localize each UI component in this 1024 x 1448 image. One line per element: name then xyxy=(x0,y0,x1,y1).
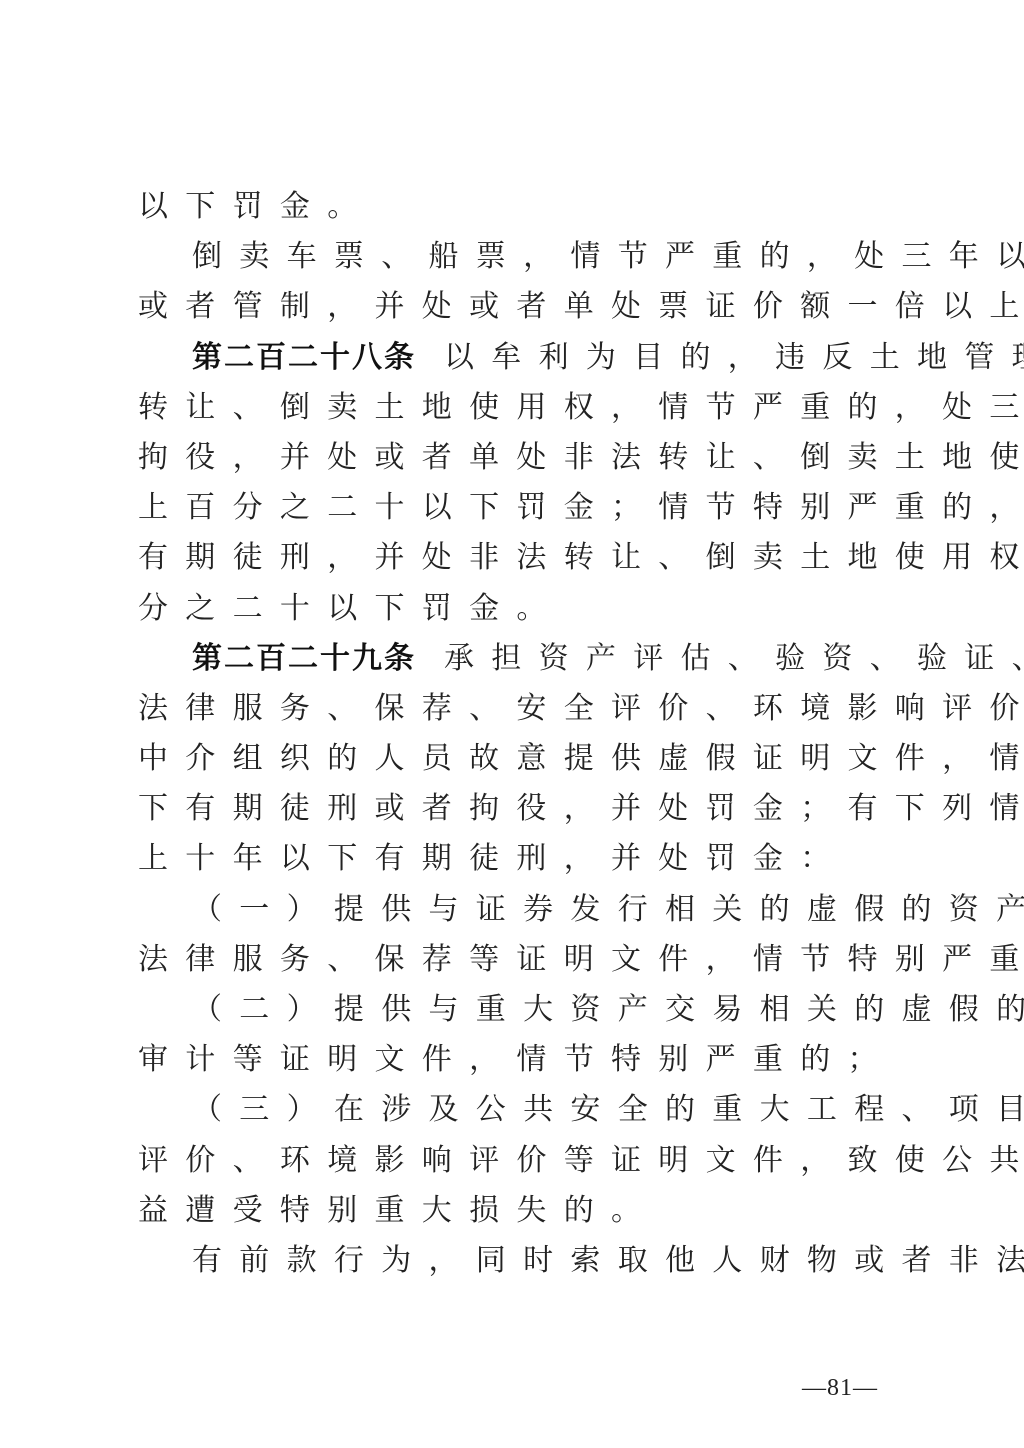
text-line: 上十年以下有期徒刑，并处罚金： xyxy=(138,834,896,884)
text-line: 有前款行为，同时索取他人财物或者非法收受他人财物构成 xyxy=(138,1236,896,1286)
body-text: 以下罚金。 倒卖车票、船票，情节严重的，处三年以下有期徒刑、拘役 或者管制，并处… xyxy=(138,182,896,1286)
text-line: 拘役，并处或者单处非法转让、倒卖土地使用权价额百分之五以 xyxy=(138,433,896,483)
text-line: 分之二十以下罚金。 xyxy=(138,584,896,634)
text-line: 法律服务、保荐等证明文件，情节特别严重的； xyxy=(138,935,896,985)
text-span: 承担资产评估、验资、验证、会计、审计、 xyxy=(444,641,1024,676)
article-229-line: 第二百二十九条承担资产评估、验资、验证、会计、审计、 xyxy=(138,634,896,684)
text-line: 法律服务、保荐、安全评价、环境影响评价、环境监测等职责的 xyxy=(138,684,896,734)
text-line: 转让、倒卖土地使用权，情节严重的，处三年以下有期徒刑或者 xyxy=(138,383,896,433)
text-line: 以下罚金。 xyxy=(138,182,896,232)
text-line: 或者管制，并处或者单处票证价额一倍以上五倍以下罚金。 xyxy=(138,282,896,332)
text-span: 以牟利为目的，违反土地管理法规，非法 xyxy=(444,340,1024,375)
text-line: 中介组织的人员故意提供虚假证明文件，情节严重的，处五年以 xyxy=(138,734,896,784)
text-line: 上百分之二十以下罚金；情节特别严重的，处三年以上七年以下 xyxy=(138,483,896,533)
list-item-3: （三）在涉及公共安全的重大工程、项目中提供虚假的安全 xyxy=(138,1085,896,1135)
document-page: 以下罚金。 倒卖车票、船票，情节严重的，处三年以下有期徒刑、拘役 或者管制，并处… xyxy=(0,0,1024,1448)
text-line: 益遭受特别重大损失的。 xyxy=(138,1186,896,1236)
article-228-line: 第二百二十八条以牟利为目的，违反土地管理法规，非法 xyxy=(138,333,896,383)
article-number: 第二百二十九条 xyxy=(192,641,416,676)
text-line: 下有期徒刑或者拘役，并处罚金；有下列情形之一的，处五年以 xyxy=(138,784,896,834)
text-line: 评价、环境影响评价等证明文件，致使公共财产、国家和人民利 xyxy=(138,1136,896,1186)
page-number: —81— xyxy=(802,1375,878,1402)
list-item-2: （二）提供与重大资产交易相关的虚假的资产评估、会计、 xyxy=(138,985,896,1035)
text-line: 审计等证明文件，情节特别严重的； xyxy=(138,1035,896,1085)
list-item-1: （一）提供与证券发行相关的虚假的资产评估、会计、审计、 xyxy=(138,885,896,935)
text-line: 倒卖车票、船票，情节严重的，处三年以下有期徒刑、拘役 xyxy=(138,232,896,282)
text-line: 有期徒刑，并处非法转让、倒卖土地使用权价额百分之五以上百 xyxy=(138,533,896,583)
article-number: 第二百二十八条 xyxy=(192,340,416,375)
